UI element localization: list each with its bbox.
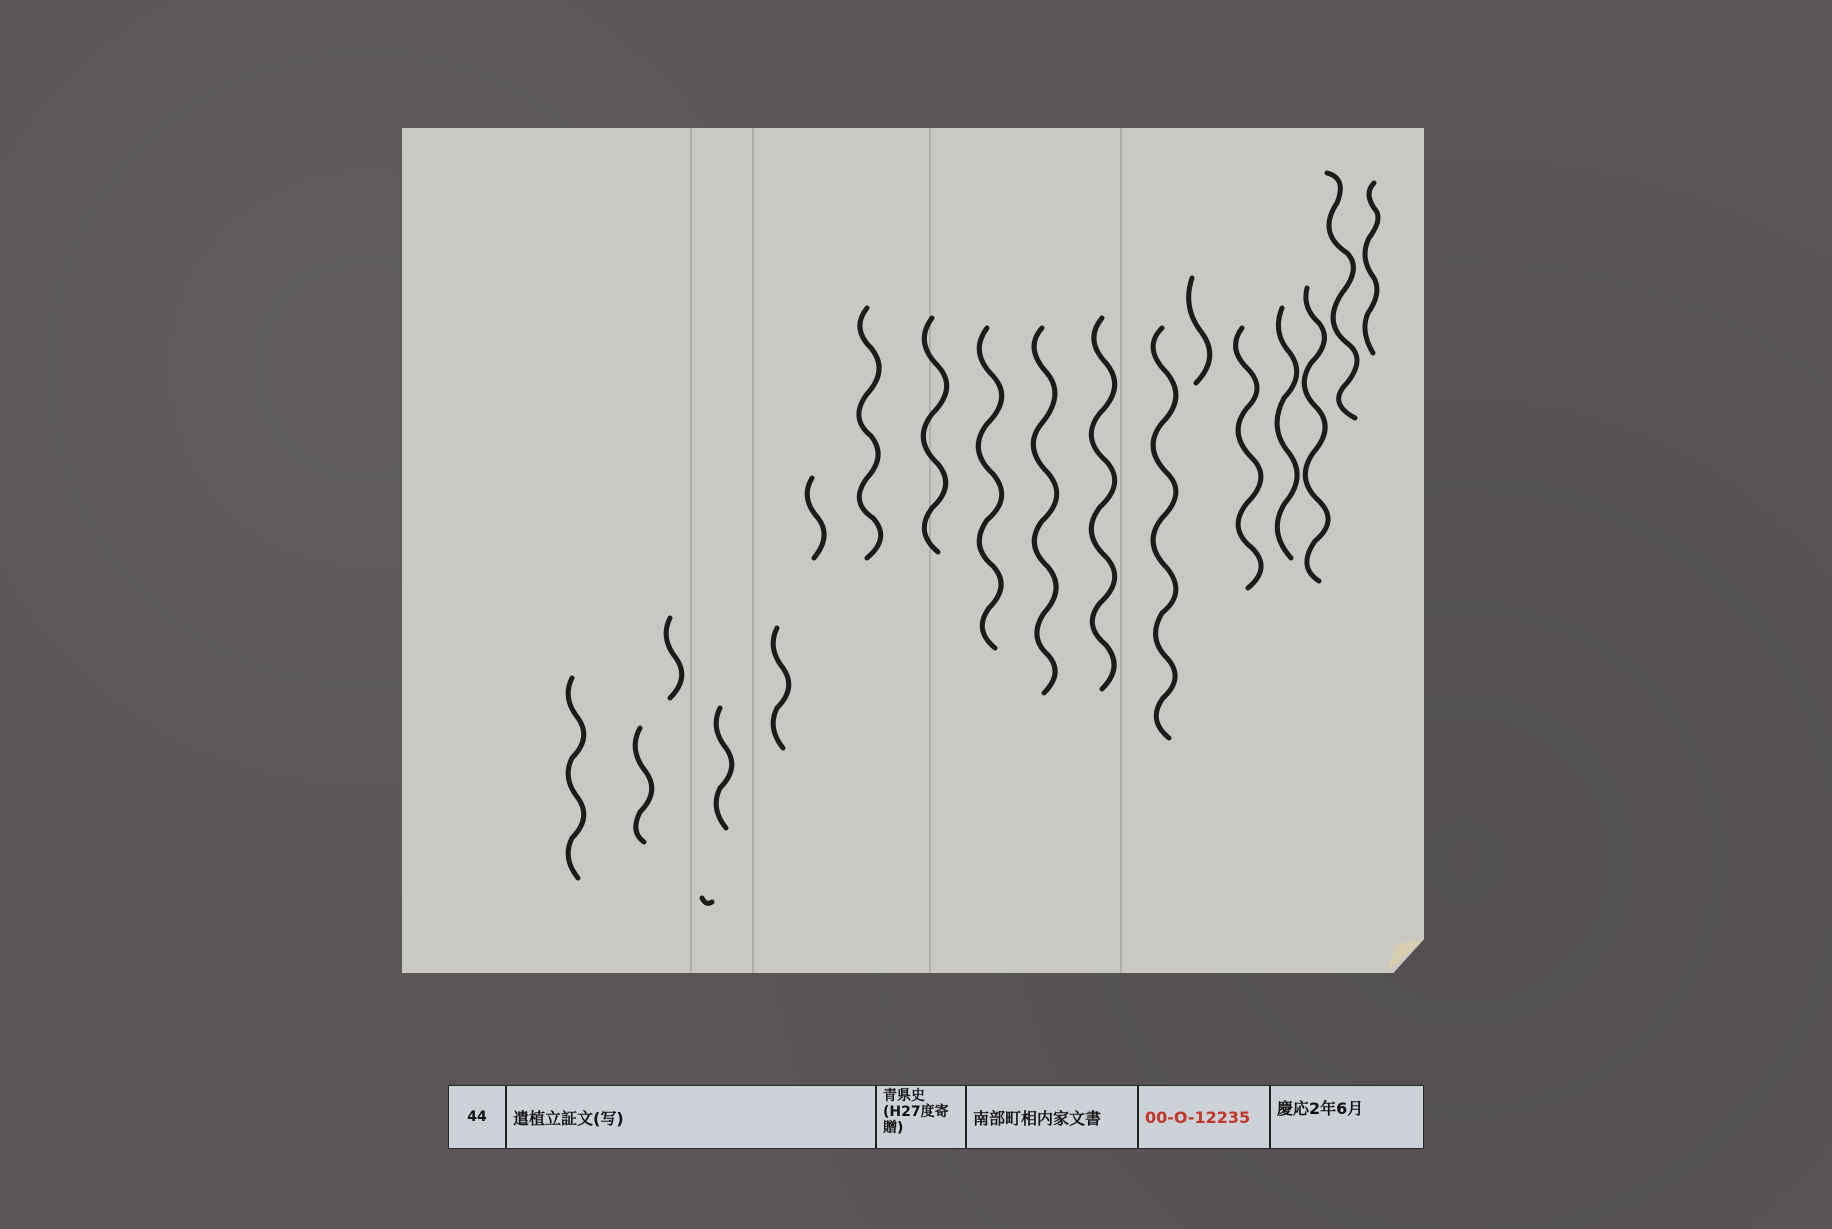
label-source-line: 贈) <box>883 1120 903 1136</box>
label-title: 遣植立証文(写) <box>507 1086 877 1148</box>
label-collection: 南部町相内家文書 <box>967 1086 1139 1148</box>
calligraphy-strokes <box>402 128 1424 973</box>
label-catalog-id: 00-O-12235 <box>1139 1086 1271 1148</box>
label-number: 44 <box>449 1086 507 1148</box>
label-date: 慶応2年6月 <box>1271 1086 1423 1148</box>
handwritten-document <box>402 128 1424 973</box>
label-source-line: 青県史 <box>883 1088 925 1104</box>
label-source: 青県史 (H27度寄 贈) <box>877 1086 967 1148</box>
label-source-line: (H27度寄 <box>883 1104 949 1120</box>
catalog-label: 44 遣植立証文(写) 青県史 (H27度寄 贈) 南部町相内家文書 00-O-… <box>448 1085 1424 1149</box>
